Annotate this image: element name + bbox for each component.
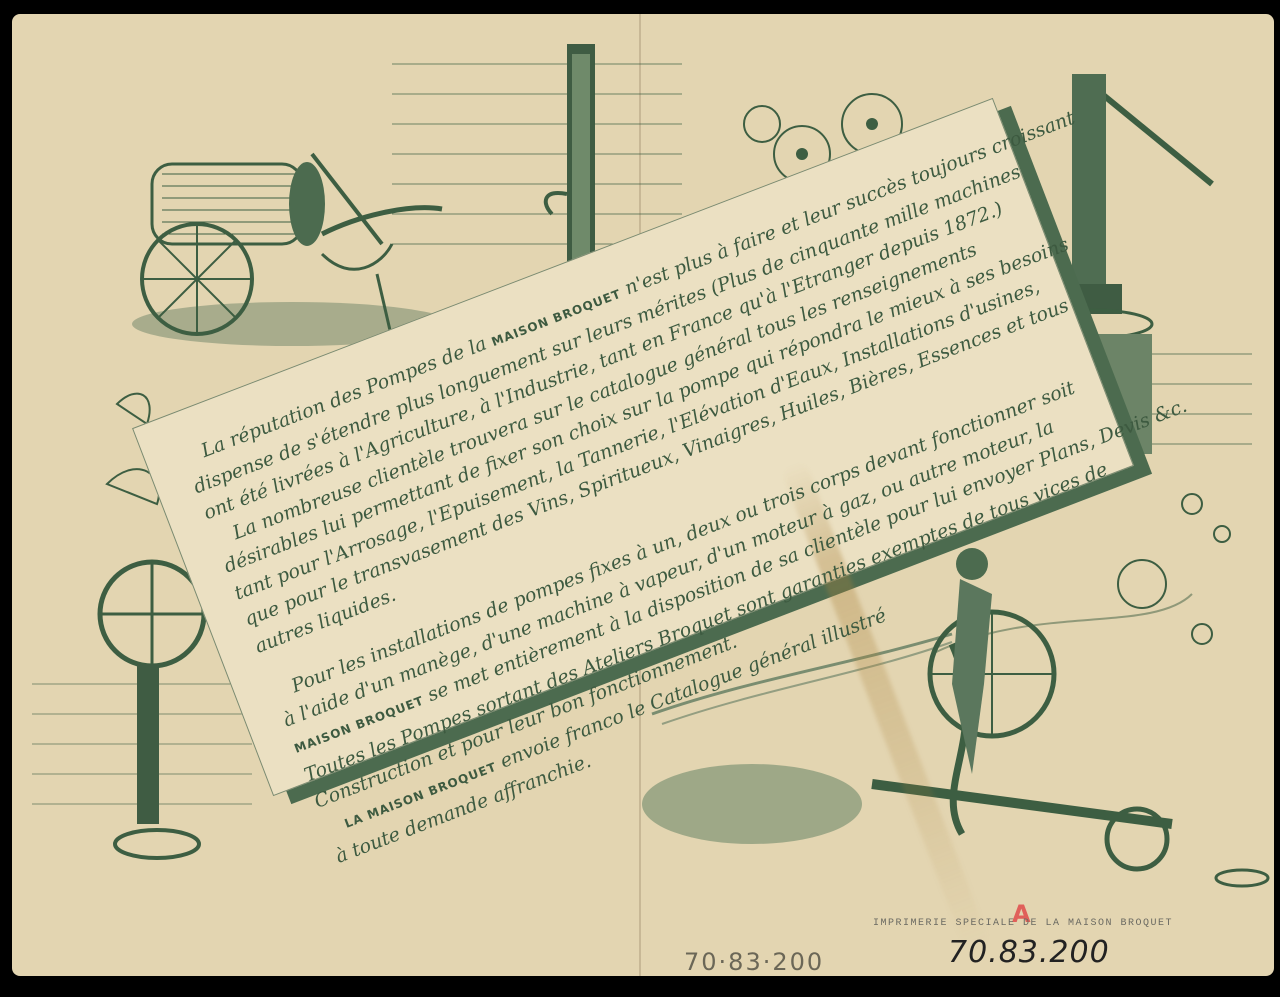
trade-card-sheet: La réputation des Pompes de la MAISON BR… [12, 14, 1274, 976]
printer-credit: IMPRIMERIE SPECIALE DE LA MAISON BROQUET [873, 918, 1173, 929]
inventory-number-typed: 70.83.200 [948, 935, 1110, 970]
inventory-number-pencil: 70·83·200 [684, 948, 824, 976]
